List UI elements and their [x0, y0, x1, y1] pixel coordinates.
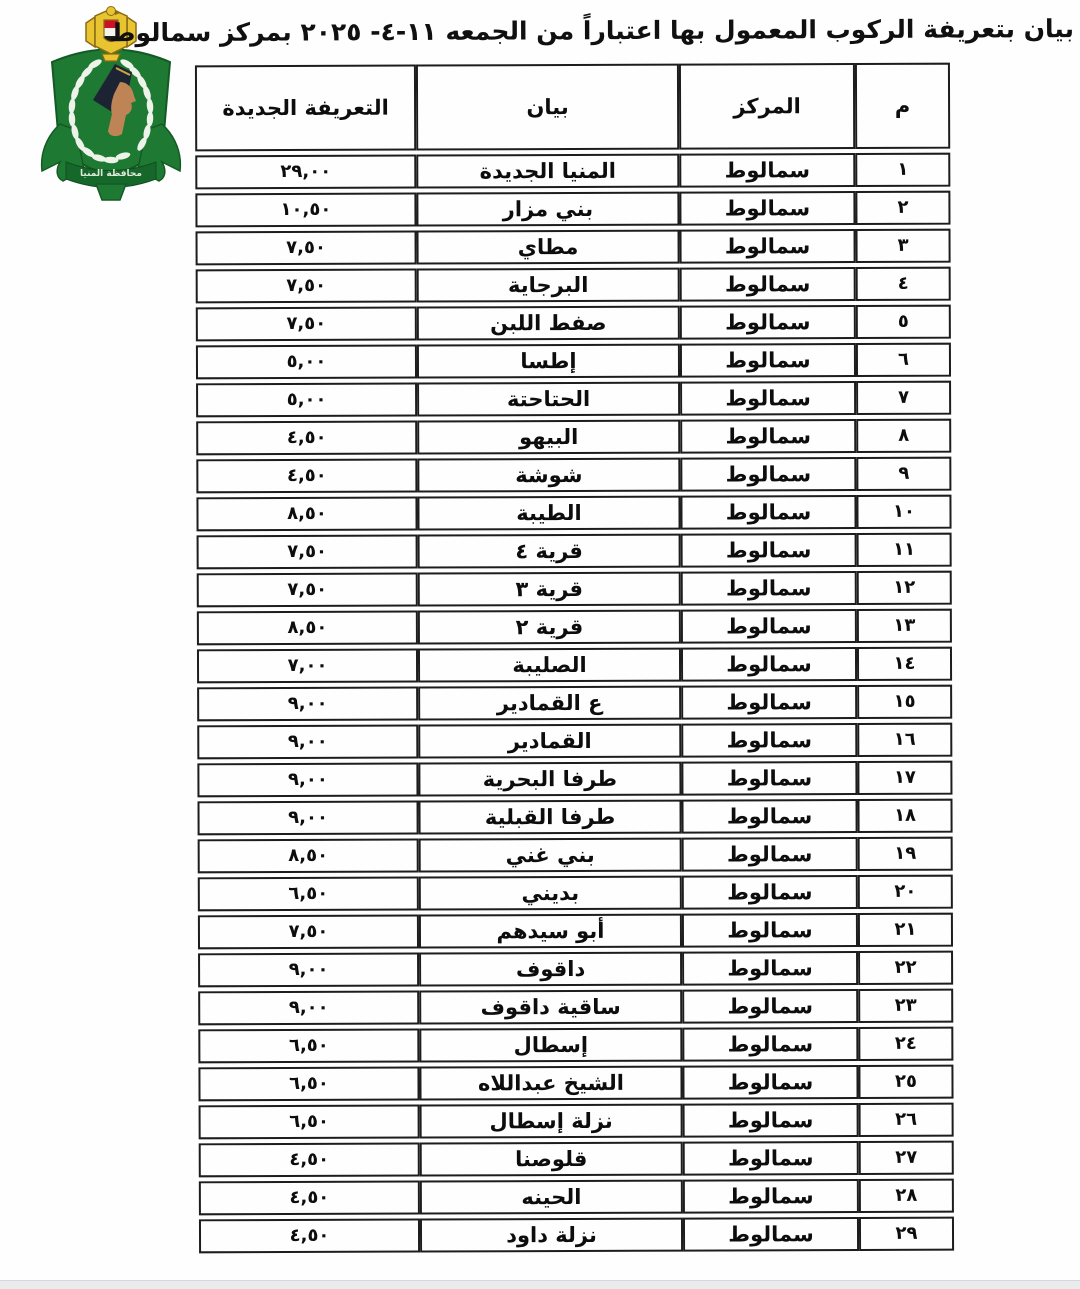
row-index: ١٨ — [857, 799, 952, 833]
row-center: سمالوط — [682, 837, 858, 872]
row-index: ١٦ — [857, 723, 952, 757]
row-statement: الحينه — [420, 1180, 683, 1215]
row-fare: ٩,٠٠ — [197, 725, 418, 760]
table-row: ٥ سمالوط صفط اللبن ٧,٥٠ — [196, 305, 951, 342]
table-row: ٢٣ سمالوط ساقية داقوف ٩,٠٠ — [198, 989, 953, 1026]
row-center: سمالوط — [681, 609, 857, 644]
row-fare: ٧,٥٠ — [196, 307, 417, 342]
row-center: سمالوط — [683, 1217, 859, 1252]
row-fare: ٤,٥٠ — [199, 1181, 420, 1216]
row-statement: بني مزار — [416, 192, 679, 227]
row-statement: قلوصنا — [420, 1142, 683, 1177]
table-row: ٢٩ سمالوط نزلة داود ٤,٥٠ — [199, 1217, 954, 1254]
row-index: ٢ — [855, 191, 950, 225]
row-center: سمالوط — [682, 913, 858, 948]
row-index: ٢٢ — [858, 951, 953, 985]
row-center: سمالوط — [681, 647, 857, 682]
row-fare: ٤,٥٠ — [199, 1219, 420, 1254]
scan-edge-strip — [0, 1280, 1080, 1289]
row-center: سمالوط — [682, 1027, 858, 1062]
row-statement: طرفا القبلية — [418, 800, 681, 835]
header-row: م المركز بيان التعريفة الجديدة — [195, 63, 950, 152]
table-row: ١٠ سمالوط الطيبة ٨,٥٠ — [196, 495, 951, 532]
row-center: سمالوط — [683, 1103, 859, 1138]
row-fare: ٨,٥٠ — [198, 839, 419, 874]
table-row: ٢١ سمالوط أبو سيدهم ٧,٥٠ — [198, 913, 953, 950]
row-center: سمالوط — [681, 723, 857, 758]
row-center: سمالوط — [679, 153, 855, 188]
table-row: ١٢ سمالوط قرية ٣ ٧,٥٠ — [197, 571, 952, 608]
fares-table: م المركز بيان التعريفة الجديدة ١ سمالوط … — [195, 59, 954, 1258]
table-row: ١٣ سمالوط قرية ٢ ٨,٥٠ — [197, 609, 952, 646]
row-center: سمالوط — [683, 1179, 859, 1214]
table-row: ١٦ سمالوط القمادير ٩,٠٠ — [197, 723, 952, 760]
row-fare: ٦,٥٠ — [199, 1105, 420, 1140]
row-index: ١٢ — [857, 571, 952, 605]
row-index: ١٣ — [857, 609, 952, 643]
header-center: المركز — [679, 63, 855, 150]
row-statement: نزلة داود — [420, 1218, 683, 1253]
row-fare: ٩,٠٠ — [197, 687, 418, 722]
table-row: ١٧ سمالوط طرفا البحرية ٩,٠٠ — [197, 761, 952, 798]
table-row: ٢٢ سمالوط داقوف ٩,٠٠ — [198, 951, 953, 988]
row-fare: ٨,٥٠ — [196, 497, 417, 532]
row-fare: ٤,٥٠ — [199, 1143, 420, 1178]
row-index: ٢٦ — [859, 1103, 954, 1137]
row-index: ١٧ — [857, 761, 952, 795]
logo-banner-text: محافظة المنيا — [80, 169, 142, 179]
row-statement: ع القمادير — [418, 686, 681, 721]
row-fare: ٧,٥٠ — [197, 573, 418, 608]
table-row: ٢٧ سمالوط قلوصنا ٤,٥٠ — [199, 1141, 954, 1178]
row-index: ٢٣ — [858, 989, 953, 1023]
row-index: ٣ — [856, 229, 951, 263]
row-fare: ٤,٥٠ — [196, 421, 417, 456]
row-fare: ٥,٠٠ — [196, 383, 417, 418]
row-center: سمالوط — [680, 381, 856, 416]
row-fare: ٦,٥٠ — [198, 877, 419, 912]
row-index: ٢٩ — [859, 1217, 954, 1251]
row-center: سمالوط — [681, 533, 857, 568]
row-fare: ٦,٥٠ — [198, 1029, 419, 1064]
row-statement: إسطال — [419, 1028, 682, 1063]
row-fare: ١٠,٥٠ — [195, 193, 416, 228]
row-fare: ٤,٥٠ — [196, 459, 417, 494]
table-row: ١١ سمالوط قرية ٤ ٧,٥٠ — [197, 533, 952, 570]
table-row: ٢٦ سمالوط نزلة إسطال ٦,٥٠ — [199, 1103, 954, 1140]
row-statement: قرية ٤ — [418, 534, 681, 569]
table-row: ١٤ سمالوط الصليبة ٧,٠٠ — [197, 647, 952, 684]
row-statement: داقوف — [419, 952, 682, 987]
table-row: ٢٠ سمالوط بديني ٦,٥٠ — [198, 875, 953, 912]
table-row: ٢ سمالوط بني مزار ١٠,٥٠ — [195, 191, 950, 228]
row-statement: الحتاحتة — [417, 382, 680, 417]
row-fare: ٧,٥٠ — [196, 269, 417, 304]
row-fare: ٨,٥٠ — [197, 611, 418, 646]
row-fare: ٥,٠٠ — [196, 345, 417, 380]
row-fare: ٩,٠٠ — [197, 801, 418, 836]
row-center: سمالوط — [682, 989, 858, 1024]
row-fare: ٧,٥٠ — [196, 231, 417, 266]
row-index: ٢٥ — [858, 1065, 953, 1099]
row-center: سمالوط — [679, 191, 855, 226]
table-row: ١٨ سمالوط طرفا القبلية ٩,٠٠ — [197, 799, 952, 836]
row-center: سمالوط — [680, 343, 856, 378]
table-row: ١٩ سمالوط بني غني ٨,٥٠ — [198, 837, 953, 874]
fares-table-wrap: م المركز بيان التعريفة الجديدة ١ سمالوط … — [195, 59, 954, 1258]
row-fare: ٧,٠٠ — [197, 649, 418, 684]
row-center: سمالوط — [680, 229, 856, 264]
header-fare: التعريفة الجديدة — [195, 65, 416, 152]
row-center: سمالوط — [680, 305, 856, 340]
row-statement: نزلة إسطال — [420, 1104, 683, 1139]
table-row: ٩ سمالوط شوشة ٤,٥٠ — [196, 457, 951, 494]
row-statement: صفط اللبن — [417, 306, 680, 341]
row-center: سمالوط — [680, 419, 856, 454]
document-title: بيان بتعريفة الركوب المعمول بها اعتباراً… — [192, 14, 1074, 47]
row-index: ٩ — [856, 457, 951, 491]
row-fare: ٩,٠٠ — [198, 991, 419, 1026]
table-row: ٢٥ سمالوط الشيخ عبداللاه ٦,٥٠ — [198, 1065, 953, 1102]
row-index: ١٤ — [857, 647, 952, 681]
row-index: ١٩ — [858, 837, 953, 871]
row-statement: بني غني — [419, 838, 682, 873]
row-statement: إطسا — [417, 344, 680, 379]
row-index: ٢٤ — [858, 1027, 953, 1061]
row-index: ٨ — [856, 419, 951, 453]
table-row: ٦ سمالوط إطسا ٥,٠٠ — [196, 343, 951, 380]
row-index: ٢١ — [858, 913, 953, 947]
row-center: سمالوط — [682, 875, 858, 910]
row-index: ١ — [855, 153, 950, 187]
row-statement: مطاي — [417, 230, 680, 265]
table-row: ٢٨ سمالوط الحينه ٤,٥٠ — [199, 1179, 954, 1216]
row-fare: ٢٩,٠٠ — [195, 155, 416, 190]
row-index: ٢٨ — [859, 1179, 954, 1213]
row-statement: بديني — [419, 876, 682, 911]
row-statement: الصليبة — [418, 648, 681, 683]
row-index: ٢٧ — [859, 1141, 954, 1175]
row-statement: البيهو — [417, 420, 680, 455]
row-center: سمالوط — [680, 267, 856, 302]
row-center: سمالوط — [682, 1065, 858, 1100]
row-statement: الشيخ عبداللاه — [419, 1066, 682, 1101]
row-statement: القمادير — [418, 724, 681, 759]
row-index: ١١ — [857, 533, 952, 567]
row-index: ١٠ — [856, 495, 951, 529]
table-row: ٨ سمالوط البيهو ٤,٥٠ — [196, 419, 951, 456]
row-center: سمالوط — [681, 571, 857, 606]
table-row: ٤ سمالوط البرجاية ٧,٥٠ — [196, 267, 951, 304]
row-statement: المنيا الجديدة — [416, 154, 679, 189]
row-index: ١٥ — [857, 685, 952, 719]
header-index: م — [855, 63, 950, 149]
row-index: ٧ — [856, 381, 951, 415]
row-statement: قرية ٢ — [418, 610, 681, 645]
row-statement: ساقية داقوف — [419, 990, 682, 1025]
row-statement: قرية ٣ — [418, 572, 681, 607]
row-index: ٦ — [856, 343, 951, 377]
row-index: ٥ — [856, 305, 951, 339]
table-row: ١ سمالوط المنيا الجديدة ٢٩,٠٠ — [195, 153, 950, 190]
scanned-document-page: محافظة المنيا بيان بتعريفة — [0, 0, 1080, 1289]
table-row: ٧ سمالوط الحتاحتة ٥,٠٠ — [196, 381, 951, 418]
row-fare: ٧,٥٠ — [198, 915, 419, 950]
row-index: ٢٠ — [858, 875, 953, 909]
row-center: سمالوط — [683, 1141, 859, 1176]
row-statement: الطيبة — [417, 496, 680, 531]
row-center: سمالوط — [680, 495, 856, 530]
header-statement: بيان — [416, 64, 679, 151]
row-center: سمالوط — [681, 685, 857, 720]
row-center: سمالوط — [682, 951, 858, 986]
row-index: ٤ — [856, 267, 951, 301]
table-row: ١٥ سمالوط ع القمادير ٩,٠٠ — [197, 685, 952, 722]
fares-table-body: ١ سمالوط المنيا الجديدة ٢٩,٠٠ ٢ سمالوط ب… — [195, 153, 954, 1254]
row-statement: البرجاية — [417, 268, 680, 303]
row-fare: ٩,٠٠ — [197, 763, 418, 798]
row-fare: ٩,٠٠ — [198, 953, 419, 988]
table-row: ٢٤ سمالوط إسطال ٦,٥٠ — [198, 1027, 953, 1064]
row-statement: شوشة — [417, 458, 680, 493]
row-center: سمالوط — [680, 457, 856, 492]
row-statement: طرفا البحرية — [418, 762, 681, 797]
row-center: سمالوط — [681, 761, 857, 796]
row-fare: ٦,٥٠ — [198, 1067, 419, 1102]
table-row: ٣ سمالوط مطاي ٧,٥٠ — [196, 229, 951, 266]
row-center: سمالوط — [681, 799, 857, 834]
row-statement: أبو سيدهم — [419, 914, 682, 949]
row-fare: ٧,٥٠ — [197, 535, 418, 570]
